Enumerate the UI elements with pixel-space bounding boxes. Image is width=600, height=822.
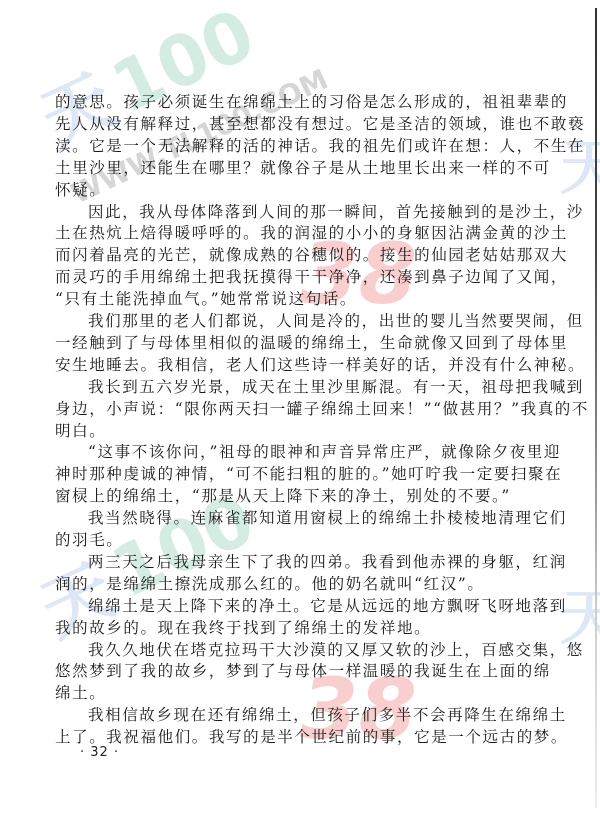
text-line: 我相信故乡现在还有绵绵土，但孩子们多半不会再降生在绵绵土	[88, 705, 540, 725]
text-line: 绵土。	[55, 683, 540, 703]
text-line: 怀疑。	[55, 180, 540, 200]
text-line: 两三天之后我母亲生下了我的四弟。我看到他赤裸的身躯，红润	[88, 552, 540, 572]
page-edge-border	[595, 8, 597, 808]
text-line: 我当然晓得。连麻雀都知道用窗棂上的绵绵土扑棱棱地清理它们	[88, 508, 540, 528]
text-line: 明白。	[55, 421, 540, 441]
text-line: 的羽毛。	[55, 530, 540, 550]
text-line: 神时那种虔诚的神情，“可不能扫粗的脏的。”她叮咛我一定要扫聚在	[55, 464, 540, 484]
text-line: 我久久地伏在塔克拉玛干大沙漠的又厚又软的沙上，百感交集，悠	[88, 640, 540, 660]
text-line: 润的，是绵绵土擦洗成那么红的。他的奶名就叫“红汉”。	[55, 574, 540, 594]
text-line: 上了。我祝福他们。我写的是半个世纪前的事，它是一个远古的梦。	[55, 727, 540, 747]
document-page: 100 天 WWW.TL100.COM 38 天 100 天 天 38 的意思。…	[0, 0, 600, 822]
text-line: 悠然梦到了我的故乡，梦到了与母体一样温暖的我诞生在上面的绵	[55, 661, 540, 681]
text-line: 安生地睡去。我相信，老人们这些诗一样美好的话，并没有什么神秘。	[55, 355, 540, 375]
text-line: 我长到五六岁光景，成天在土里沙里厮混。有一天，祖母把我喊到	[88, 377, 540, 397]
text-line: 先人从没有解释过，甚至想都没有想过。它是圣洁的领域，谁也不敢亵	[55, 114, 540, 134]
text-line: “只有土能洗掉血气。”她常常说这句话。	[55, 289, 540, 309]
text-line: 而灵巧的手用绵绵土把我抚摸得干干净净，还凑到鼻子边闻了又闻，	[55, 267, 540, 287]
text-line: 而闪着晶亮的光芒，就像成熟的谷穗似的。接生的仙园老姑姑那双大	[55, 245, 540, 265]
text-line: 的意思。孩子必须诞生在绵绵土上的习俗是怎么形成的，祖祖辈辈的	[55, 92, 540, 112]
text-line: 窗棂上的绵绵土，“那是从天上降下来的净土，别处的不要。”	[55, 486, 540, 506]
text-line: 一经触到了与母体里相似的温暖的绵绵土，生命就像又回到了母体里	[55, 333, 540, 353]
text-line: 渎。它是一个无法解释的活的神话。我的祖先们或许在想：人，不生在	[55, 136, 540, 156]
text-line: 绵绵土是天上降下来的净土。它是从远远的地方飘呀飞呀地落到	[88, 596, 540, 616]
text-line: 身边，小声说：“限你两天扫一罐子绵绵土回来！”“做甚用？”我真的不	[55, 399, 540, 419]
text-line: “这事不该你问，”祖母的眼神和声音异常庄严，就像除夕夜里迎	[88, 442, 540, 462]
text-line: 土在热炕上焙得暖呼呼的。我的润湿的小小的身躯因沾满金黄的沙土	[55, 223, 540, 243]
text-line: 土里沙里，还能生在哪里？就像谷子是从土地里长出来一样的不可	[55, 158, 540, 178]
text-line: 我们那里的老人们都说，人间是冷的，出世的婴儿当然要哭闹，但	[88, 311, 540, 331]
text-line: 因此，我从母体降落到人间的那一瞬间，首先接触到的是沙土，沙	[88, 202, 540, 222]
text-line: 我的故乡的。现在我终于找到了绵绵土的发祥地。	[55, 618, 540, 638]
page-number: · 32 ·	[80, 745, 119, 760]
